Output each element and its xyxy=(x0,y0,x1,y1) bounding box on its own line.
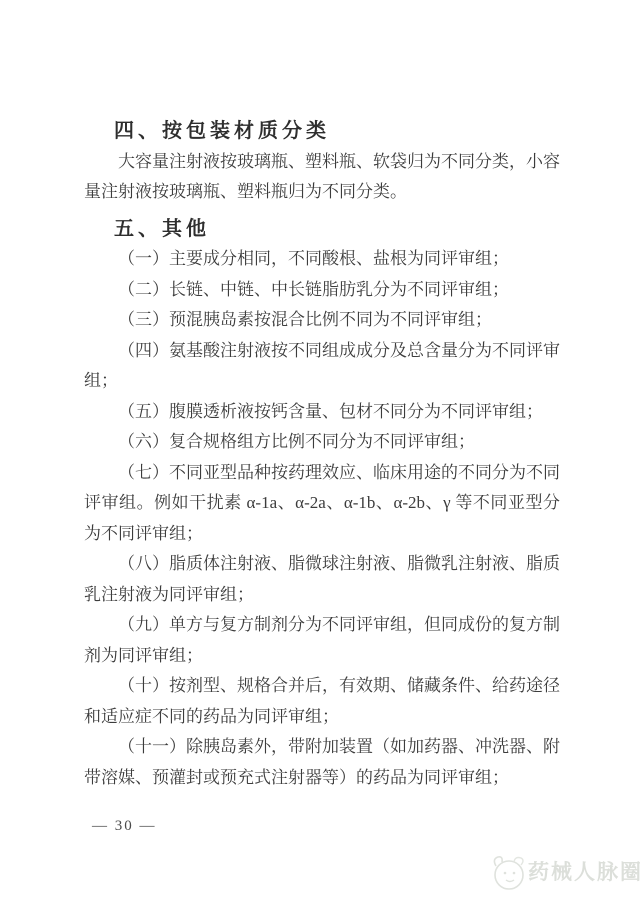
mascot-face-icon xyxy=(486,850,528,894)
list-item-7: （七）不同亚型品种按药理效应、临床用途的不同分为不同评审组。例如干扰素 α-1a… xyxy=(84,458,560,550)
document-page: 四、按包装材质分类 大容量注射液按玻璃瓶、塑料瓶、软袋归为不同分类，小容量注射液… xyxy=(0,0,640,905)
list-item-2: （二）长链、中链、中长链脂肪乳分为不同评审组； xyxy=(84,275,560,306)
document-content: 四、按包装材质分类 大容量注射液按玻璃瓶、塑料瓶、软袋归为不同分类，小容量注射液… xyxy=(84,106,560,793)
list-item-1: （一）主要成分相同，不同酸根、盐根为同评审组； xyxy=(84,244,560,275)
paragraph-packaging: 大容量注射液按玻璃瓶、塑料瓶、软袋归为不同分类，小容量注射液按玻璃瓶、塑料瓶归为… xyxy=(84,147,560,208)
list-item-3: （三）预混胰岛素按混合比例不同为不同评审组； xyxy=(84,305,560,336)
list-item-8: （八）脂质体注射液、脂微球注射液、脂微乳注射液、脂质乳注射液为同评审组； xyxy=(84,549,560,610)
section-heading-4: 四、按包装材质分类 xyxy=(84,116,560,147)
list-item-10: （十）按剂型、规格合并后，有效期、储藏条件、给药途径和适应症不同的药品为同评审组… xyxy=(84,671,560,732)
watermark: 药械人脉圈 xyxy=(486,850,640,894)
section-heading-5: 五、其他 xyxy=(84,214,560,245)
watermark-text: 药械人脉圈 xyxy=(528,850,640,894)
list-item-6: （六）复合规格组方比例不同分为不同评审组； xyxy=(84,427,560,458)
list-item-9: （九）单方与复方制剂分为不同评审组，但同成份的复方制剂为同评审组； xyxy=(84,610,560,671)
page-number: — 30 — xyxy=(92,818,157,835)
list-item-4: （四）氨基酸注射液按不同组成成分及总含量分为不同评审组； xyxy=(84,336,560,397)
list-item-5: （五）腹膜透析液按钙含量、包材不同分为不同评审组； xyxy=(84,397,560,428)
list-item-11: （十一）除胰岛素外，带附加装置（如加药器、冲洗器、附带溶媒、预灌封或预充式注射器… xyxy=(84,732,560,793)
